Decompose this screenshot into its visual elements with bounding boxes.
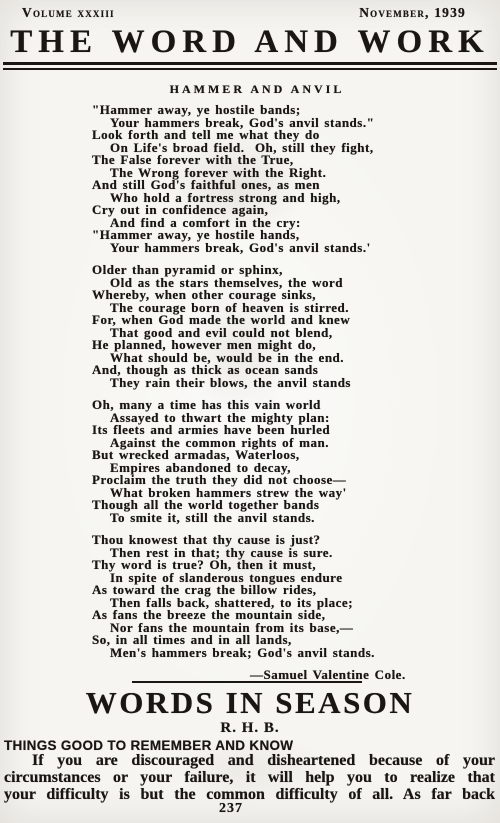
issue-date: November, 1939 bbox=[359, 5, 466, 20]
article-line: If you are discouraged and disheartened … bbox=[4, 752, 495, 769]
magazine-page: Volume xxxiii November, 1939 THE WORD AN… bbox=[0, 0, 500, 823]
poem-stanza: Oh, many a time has this vain worldAssay… bbox=[92, 399, 482, 524]
article-paragraph: If you are discouraged and disheartened … bbox=[4, 752, 495, 804]
page-number: 237 bbox=[0, 801, 462, 817]
poem-title: HAMMER AND ANVIL bbox=[0, 82, 500, 97]
section-title: WORDS IN SEASON bbox=[0, 687, 500, 719]
poem-line: Your hammers break, God's anvil stands.' bbox=[92, 242, 482, 255]
poem: "Hammer away, ye hostile bands;Your hamm… bbox=[92, 104, 482, 682]
poem-stanza: "Hammer away, ye hostile bands;Your hamm… bbox=[92, 104, 482, 254]
masthead-rule bbox=[3, 62, 497, 70]
poem-stanza: Older than pyramid or sphinx,Old as the … bbox=[92, 264, 482, 389]
poem-line: To smite it, still the anvil stands. bbox=[92, 512, 482, 525]
section-byline: R. H. B. bbox=[0, 720, 500, 737]
masthead-title: THE WORD AND WORK bbox=[0, 24, 500, 60]
section-divider-rule bbox=[132, 681, 362, 683]
volume-label: Volume xxxiii bbox=[22, 5, 115, 20]
poem-line: Men's hammers break; God's anvil stands. bbox=[92, 647, 482, 660]
poem-line: They rain their blows, the anvil stands bbox=[92, 377, 482, 390]
article-line: circumstances or your failure, it will h… bbox=[4, 769, 495, 786]
issue-header: Volume xxxiii November, 1939 bbox=[22, 5, 466, 20]
poem-attribution: —Samuel Valentine Cole. bbox=[92, 669, 482, 682]
poem-stanza: Thou knowest that thy cause is just?Then… bbox=[92, 534, 482, 659]
article-heading: THINGS GOOD TO REMEMBER AND KNOW bbox=[4, 738, 293, 753]
